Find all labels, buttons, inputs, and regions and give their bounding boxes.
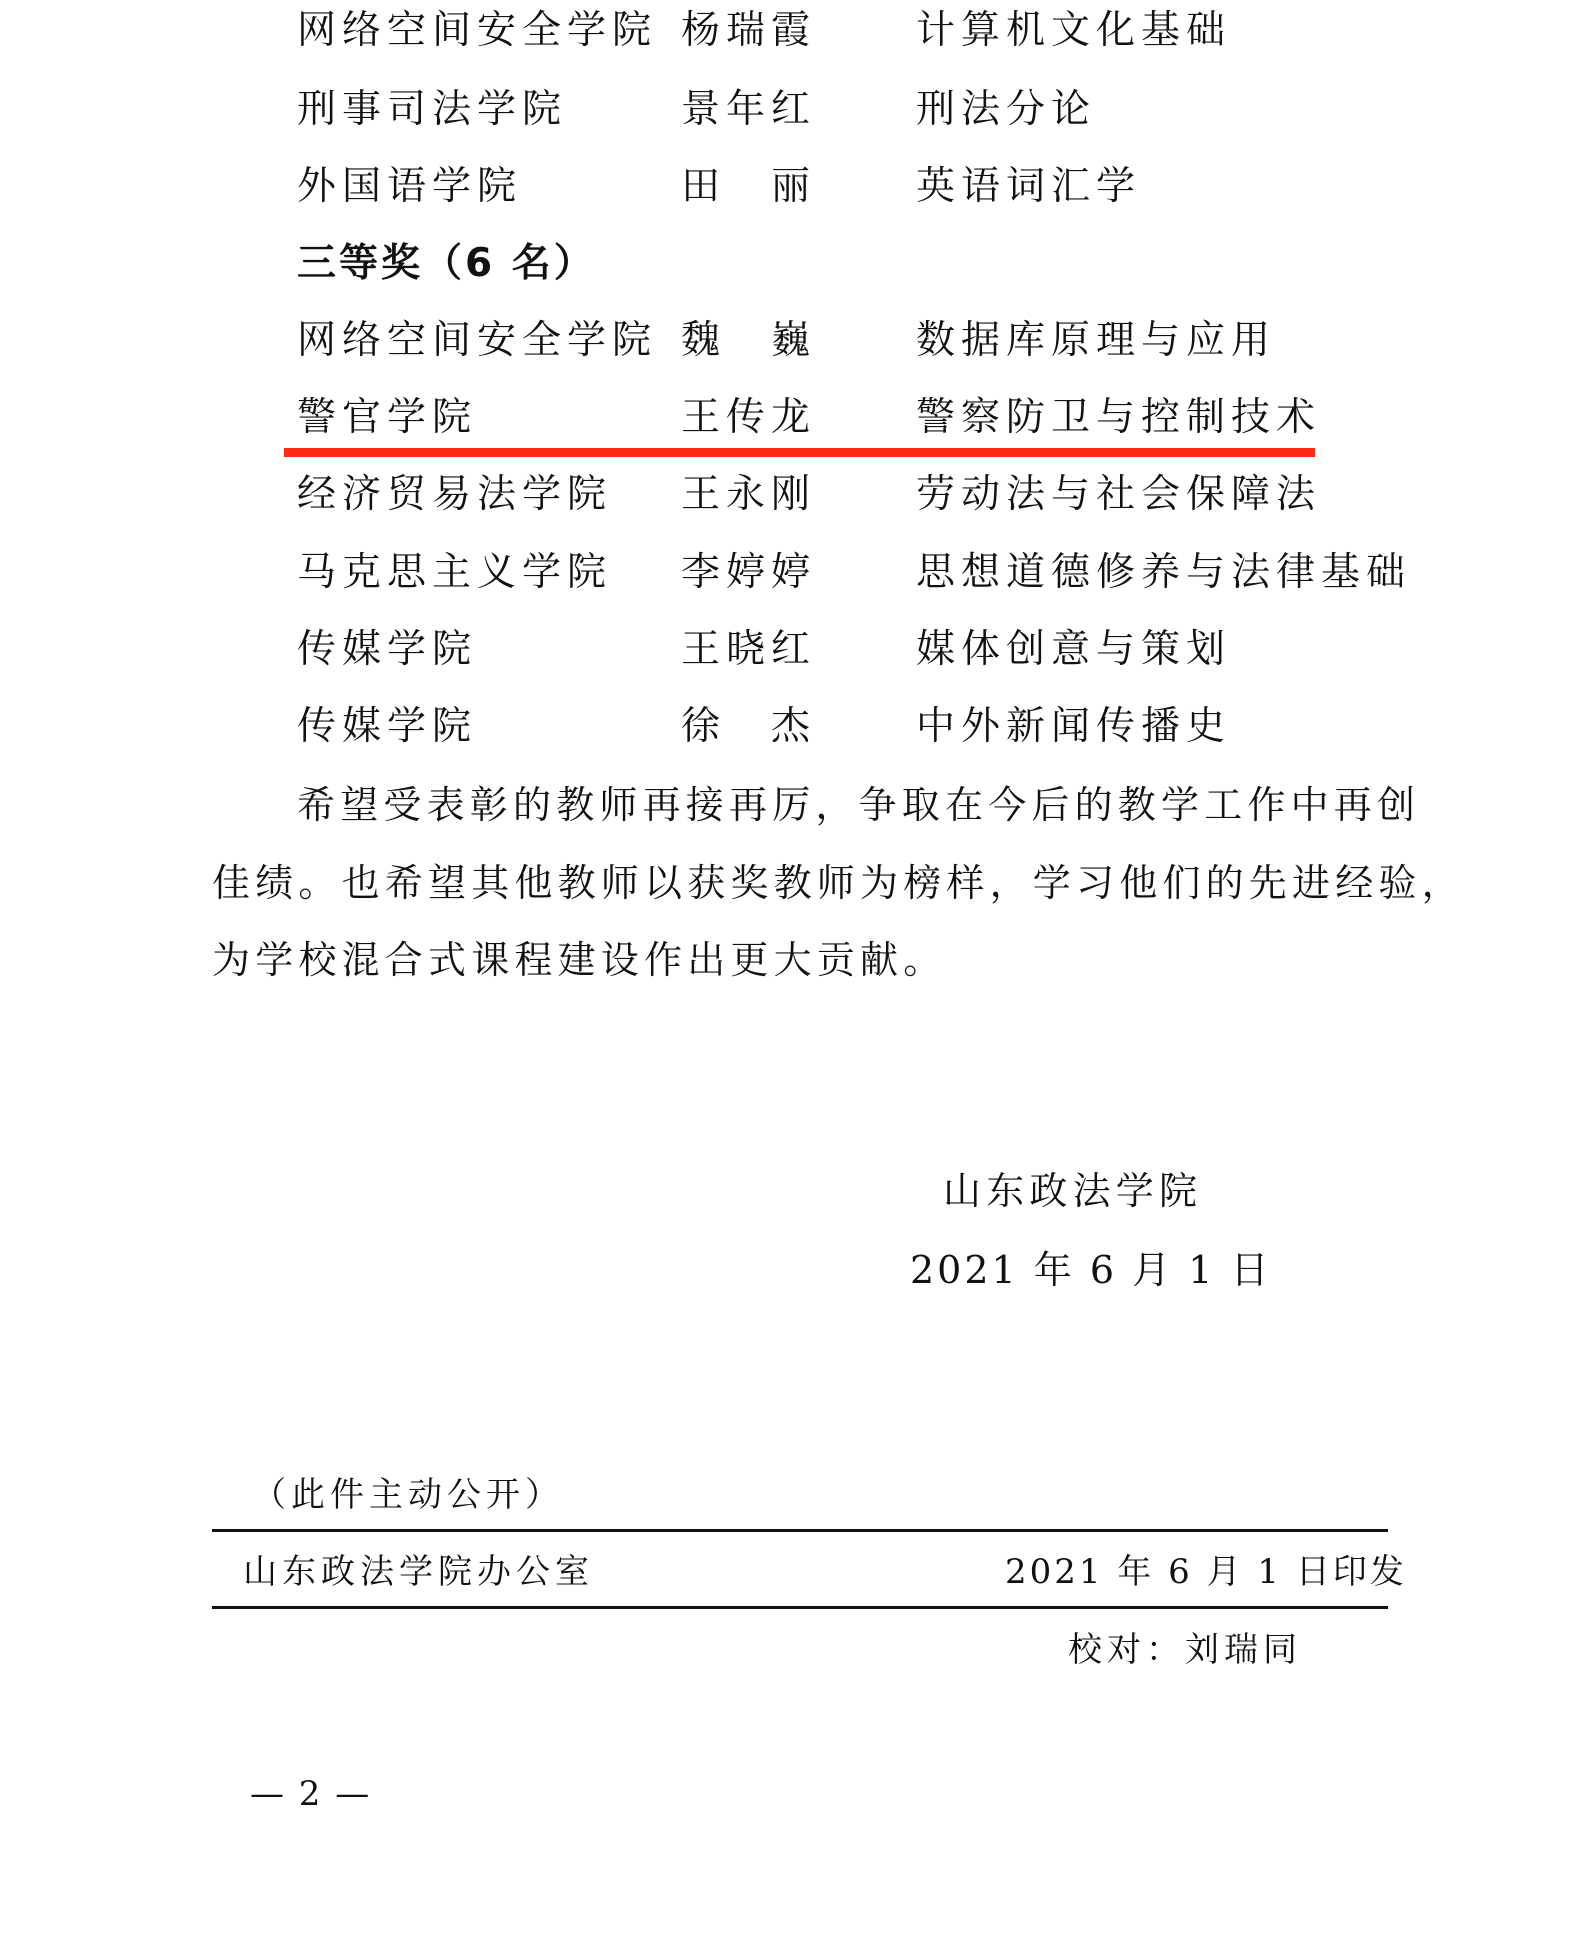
- award-row: 经济贸易法学院 王永刚 劳动法与社会保障法: [0, 465, 1587, 525]
- course: 劳动法与社会保障法: [916, 465, 1321, 525]
- college: 马克思主义学院: [297, 543, 612, 603]
- course: 警察防卫与控制技术: [916, 388, 1321, 448]
- teacher: 李婷婷: [681, 543, 816, 603]
- college: 刑事司法学院: [297, 80, 567, 140]
- college: 经济贸易法学院: [297, 465, 612, 525]
- issue-date: 2021 年 6 月 1 日印发: [1005, 1547, 1407, 1597]
- college: 传媒学院: [297, 620, 477, 680]
- course: 英语词汇学: [916, 157, 1141, 217]
- teacher: 杨瑞霞: [681, 1, 816, 61]
- college: 网络空间安全学院: [297, 311, 657, 371]
- award-row: 马克思主义学院 李婷婷 思想道德修养与法律基础: [0, 543, 1587, 603]
- teacher: 徐 杰: [681, 697, 816, 757]
- footer-top-rule: [212, 1529, 1388, 1532]
- award-row: 刑事司法学院 景年红 刑法分论: [0, 80, 1587, 140]
- award-row: 网络空间安全学院 魏 巍 数据库原理与应用: [0, 311, 1587, 371]
- award-row: 外国语学院 田 丽 英语词汇学: [0, 157, 1587, 217]
- closing-paragraph-line: 希望受表彰的教师再接再厉，争取在今后的教学工作中再创: [297, 775, 1420, 835]
- signature-date: 2021 年 6 月 1 日: [910, 1240, 1271, 1300]
- college: 传媒学院: [297, 697, 477, 757]
- teacher: 魏 巍: [681, 311, 816, 371]
- teacher: 王永刚: [681, 465, 816, 525]
- award-row: 传媒学院 徐 杰 中外新闻传播史: [0, 697, 1587, 757]
- closing-paragraph-line: 佳绩。也希望其他教师以获奖教师为榜样，学习他们的先进经验，: [212, 853, 1465, 913]
- teacher: 王晓红: [681, 620, 816, 680]
- course: 思想道德修养与法律基础: [916, 543, 1411, 603]
- course: 媒体创意与策划: [916, 620, 1231, 680]
- course: 刑法分论: [916, 80, 1096, 140]
- issuing-office: 山东政法学院办公室: [243, 1547, 594, 1597]
- teacher: 景年红: [681, 80, 816, 140]
- disclosure-note: （此件主动公开）: [252, 1470, 564, 1520]
- page-number: — 2 —: [250, 1769, 371, 1819]
- red-underline-highlight: [284, 448, 1315, 457]
- teacher: 王传龙: [681, 388, 816, 448]
- award-row-highlighted: 警官学院 王传龙 警察防卫与控制技术: [0, 388, 1587, 448]
- section-heading-third-prize: 三等奖（6 名）: [297, 234, 596, 294]
- proofreader: 校对：刘瑞同: [1068, 1625, 1302, 1675]
- teacher: 田 丽: [681, 157, 816, 217]
- college: 外国语学院: [297, 157, 522, 217]
- signature-org: 山东政法学院: [943, 1161, 1202, 1221]
- course: 数据库原理与应用: [916, 311, 1276, 371]
- college: 警官学院: [297, 388, 477, 448]
- award-row: 传媒学院 王晓红 媒体创意与策划: [0, 620, 1587, 680]
- course: 中外新闻传播史: [916, 697, 1231, 757]
- closing-paragraph-line: 为学校混合式课程建设作出更大贡献。: [212, 930, 946, 990]
- footer-bottom-rule: [212, 1606, 1388, 1609]
- award-row: 网络空间安全学院 杨瑞霞 计算机文化基础: [0, 1, 1587, 61]
- course: 计算机文化基础: [916, 1, 1231, 61]
- college: 网络空间安全学院: [297, 1, 657, 61]
